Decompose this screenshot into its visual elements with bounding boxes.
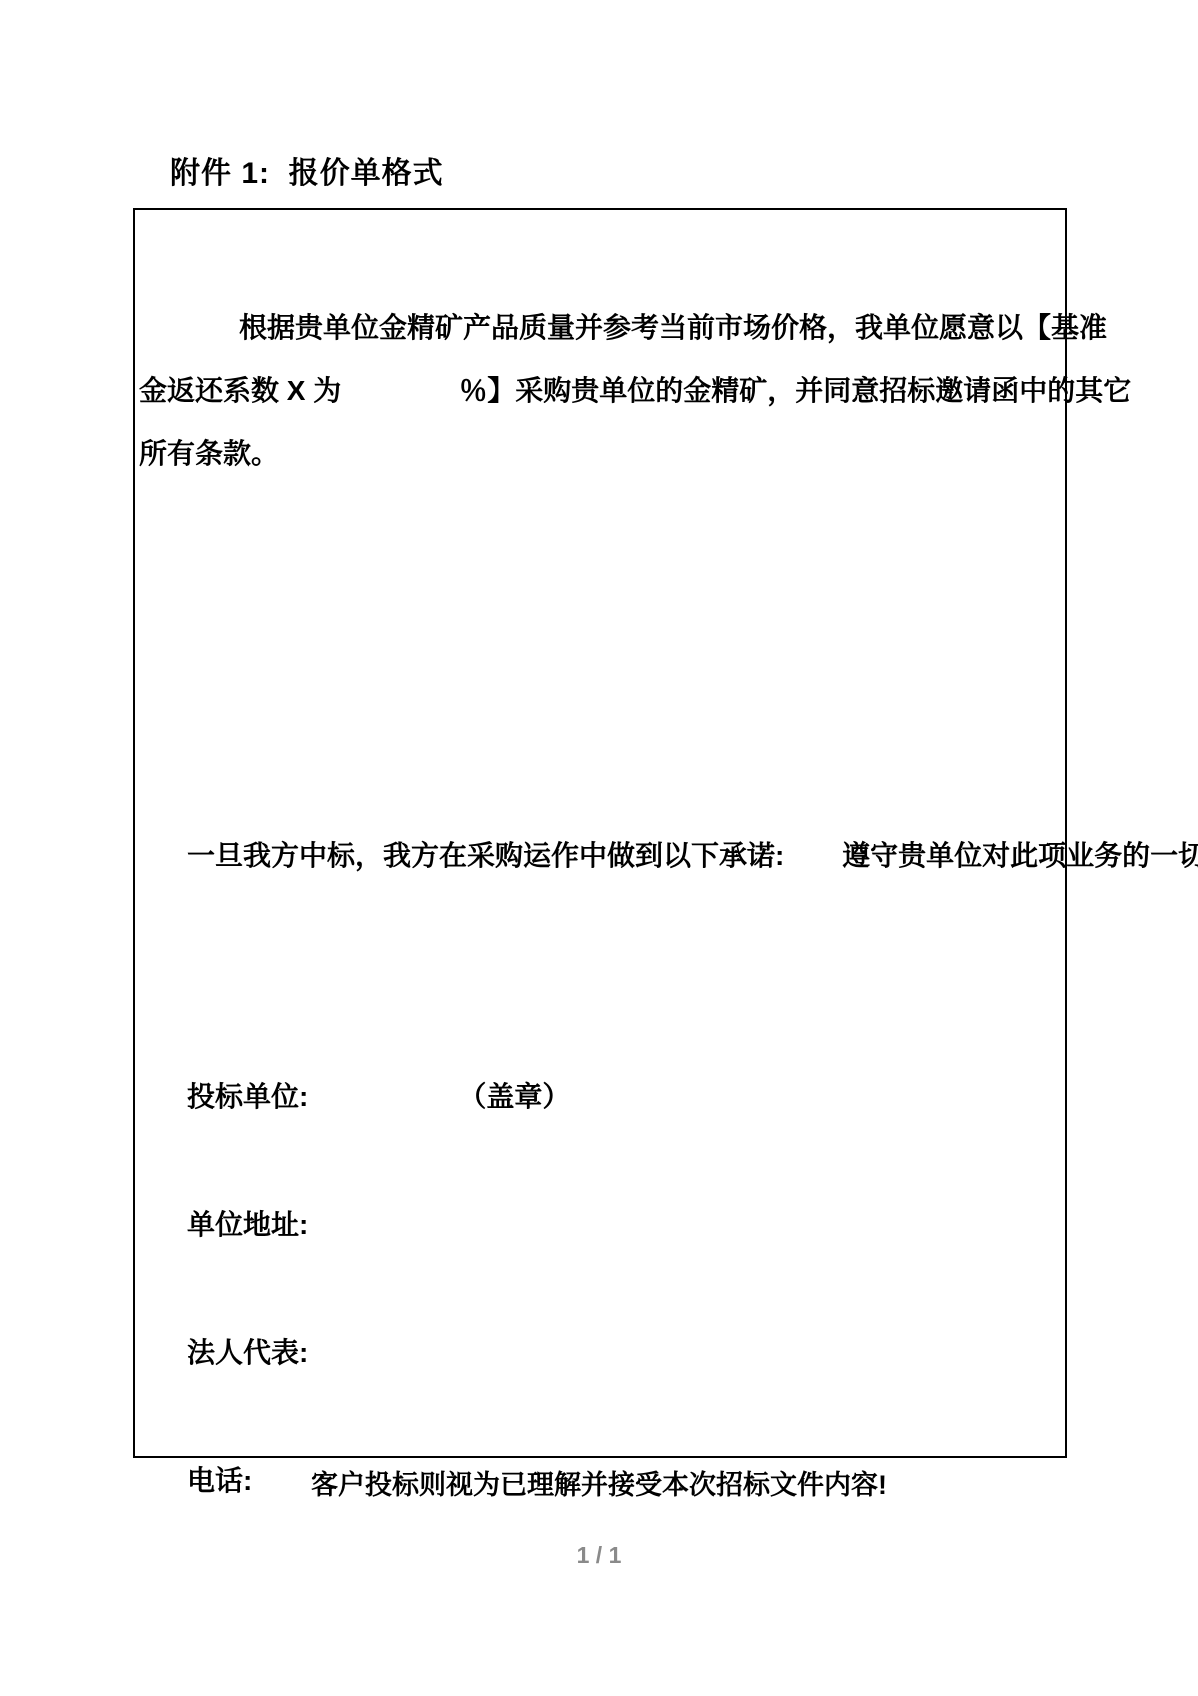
offer-paragraph-line2: 金返还系数 X 为％】采购贵单位的金精矿，并同意招标邀请函中的其它 [139,359,1044,422]
offer-line2-prefix: 金返还系数 X 为 [139,375,341,406]
page-indicator: 1 / 1 [0,1542,1198,1569]
coefficient-fill-in-blank [341,399,459,400]
address-field: 单位地址: [187,1208,308,1242]
seal-stamp-label: （盖章） [458,1081,570,1112]
legal-representative-field: 法人代表: [187,1336,308,1370]
quotation-form-box: 根据贵单位金精矿产品质量并参考当前市场价格，我单位愿意以【基准 金返还系数 X … [133,208,1067,1458]
offer-paragraph-line3: 所有条款。 [139,422,1044,485]
commitment-paragraph: 一旦我方中标，我方在采购运作中做到以下承诺: 遵守贵单位对此项业务的一切规章制度… [187,824,1198,887]
commitment-intro: 一旦我方中标，我方在采购运作中做到以下承诺: [187,840,784,871]
offer-line2-suffix: ％】采购贵单位的金精矿，并同意招标邀请函中的其它 [459,375,1131,406]
page-title: 附件 1: 报价单格式 [170,148,444,192]
bidder-field: 投标单位:（盖章） [187,1080,570,1114]
offer-paragraph: 根据贵单位金精矿产品质量并参考当前市场价格，我单位愿意以【基准 金返还系数 X … [139,296,1044,485]
footer-note: 客户投标则视为已理解并接受本次招标文件内容! [0,1463,1198,1502]
offer-paragraph-line1: 根据贵单位金精矿产品质量并参考当前市场价格，我单位愿意以【基准 [239,296,1044,359]
bidder-field-label: 投标单位: [187,1081,308,1112]
address-field-label: 单位地址: [187,1209,308,1240]
commitment-item: 遵守贵单位对此项业务的一切规章制度。 [842,840,1198,871]
legal-representative-field-label: 法人代表: [187,1337,308,1368]
